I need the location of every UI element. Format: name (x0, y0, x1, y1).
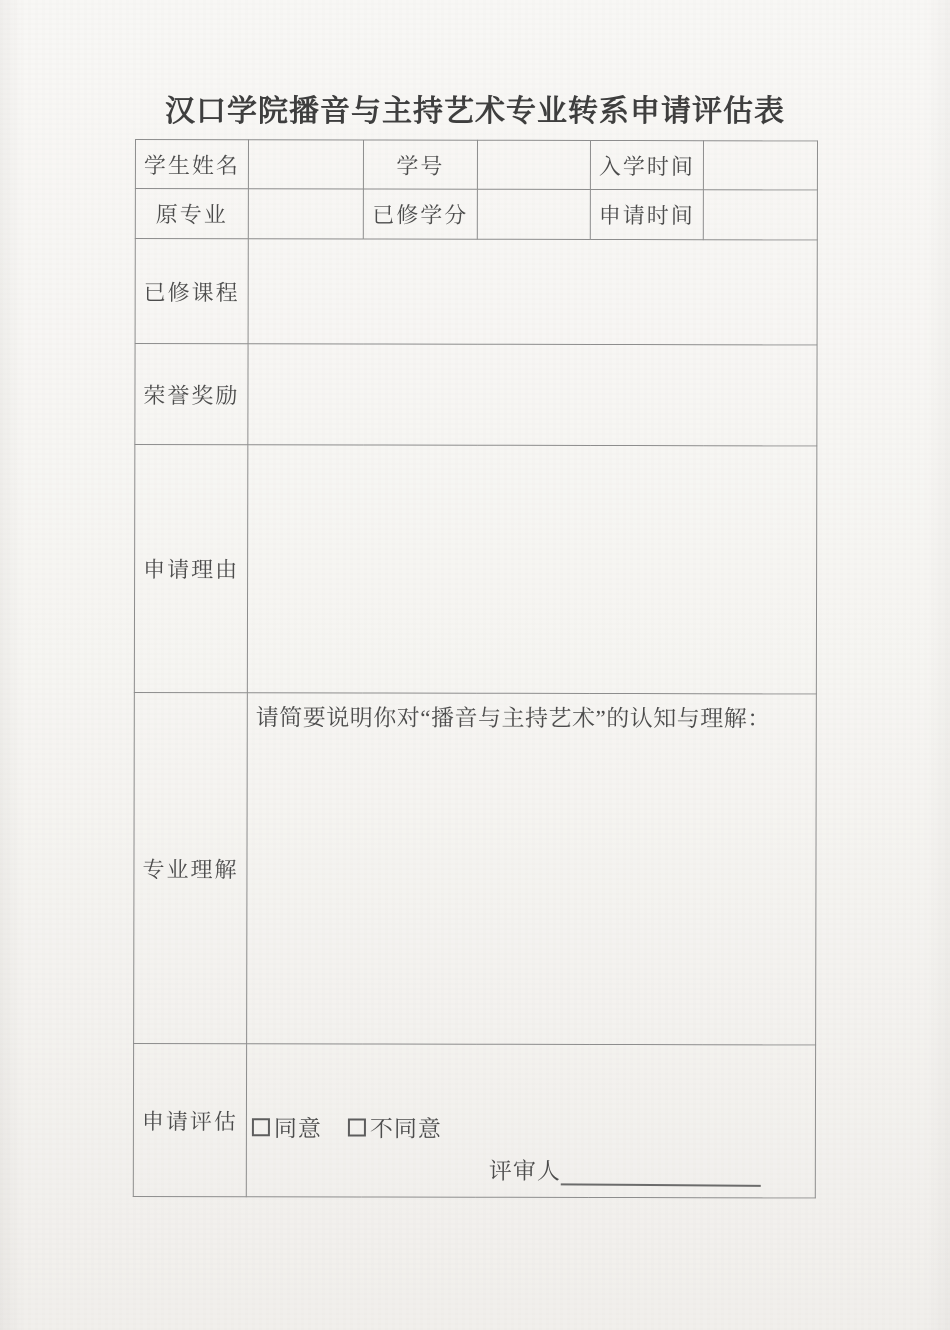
apply-evaluation-label: 申请评估 (133, 1043, 246, 1196)
major-understanding-area[interactable]: 请简要说明你对“播音与主持艺术”的认知与理解： (247, 693, 817, 1045)
disagree-option[interactable]: 不同意 (348, 1110, 442, 1143)
reviewer-label: 评审人 (489, 1153, 561, 1186)
apply-reason-area[interactable] (247, 445, 817, 694)
application-form-table: 学生姓名 学号 入学时间 原专业 已修学分 申请时间 已修课程 荣誉奖励 申请理… (133, 139, 818, 1198)
row-major-understanding: 专业理解 请简要说明你对“播音与主持艺术”的认知与理解： (134, 692, 817, 1044)
credits-earned-label: 已修学分 (363, 189, 477, 239)
student-name-label: 学生姓名 (135, 140, 248, 189)
reviewer-signature-row: 评审人 (489, 1153, 761, 1187)
credits-earned-field[interactable] (477, 189, 590, 239)
evaluation-options: 同意 不同意 (252, 1110, 442, 1143)
courses-taken-label: 已修课程 (135, 239, 248, 344)
student-id-label: 学号 (363, 140, 477, 189)
agree-checkbox[interactable] (252, 1118, 270, 1136)
courses-taken-area[interactable] (248, 239, 817, 345)
honors-awards-label: 荣誉奖励 (135, 344, 248, 445)
honors-awards-area[interactable] (248, 344, 817, 446)
apply-reason-label: 申请理由 (134, 445, 248, 693)
apply-time-field[interactable] (703, 190, 817, 240)
major-understanding-prompt: 请简要说明你对“播音与主持艺术”的认知与理解： (248, 693, 816, 734)
disagree-checkbox[interactable] (348, 1118, 366, 1136)
row-apply-reason: 申请理由 (134, 445, 817, 694)
row-student-info-1: 学生姓名 学号 入学时间 (135, 140, 817, 190)
scanned-form-page: 汉口学院播音与主持艺术专业转系申请评估表 学生姓名 学号 入学时间 原专业 已修… (0, 0, 950, 1330)
original-major-label: 原专业 (135, 189, 248, 239)
major-understanding-label: 专业理解 (134, 692, 248, 1043)
disagree-label: 不同意 (370, 1110, 442, 1143)
apply-time-label: 申请时间 (590, 189, 703, 239)
student-id-field[interactable] (477, 140, 590, 189)
row-courses-taken: 已修课程 (135, 239, 817, 345)
agree-option[interactable]: 同意 (252, 1110, 322, 1143)
enroll-time-label: 入学时间 (590, 140, 703, 189)
agree-label: 同意 (274, 1110, 322, 1143)
row-apply-evaluation: 申请评估 同意 不同意 评审人 (133, 1043, 815, 1197)
enroll-time-field[interactable] (703, 141, 817, 190)
student-name-field[interactable] (248, 140, 363, 189)
row-student-info-2: 原专业 已修学分 申请时间 (135, 189, 817, 240)
apply-evaluation-area: 同意 不同意 评审人 (246, 1044, 815, 1198)
original-major-field[interactable] (248, 189, 363, 239)
form-title: 汉口学院播音与主持艺术专业转系申请评估表 (0, 86, 950, 130)
reviewer-signature-line[interactable] (561, 1165, 761, 1186)
evaluation-content: 同意 不同意 评审人 (247, 1044, 815, 1197)
row-honors-awards: 荣誉奖励 (135, 344, 817, 446)
